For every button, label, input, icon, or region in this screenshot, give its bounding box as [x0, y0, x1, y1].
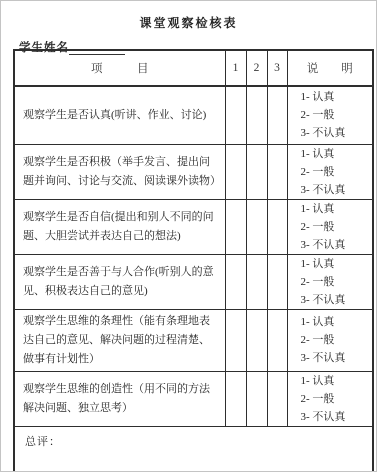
item-text: 观察学生思维的条理性（能有条理地表达自己的意见、解决问题的过程清楚、做事有计划性… [14, 309, 225, 371]
table-row: 观察学生是否认真(听讲、作业、讨论) 1- 认真 2- 一般 3- 不认真 [14, 86, 373, 144]
score-cell-2 [246, 86, 267, 144]
table-row: 观察学生是否自信(提出和别人不同的问题、大胆尝试并表达自己的想法) 1- 认真 … [14, 199, 373, 254]
table-row: 观察学生思维的条理性（能有条理地表达自己的意见、解决问题的过程清楚、做事有计划性… [14, 309, 373, 371]
table-footer-row: 总评： [14, 426, 373, 472]
score-cell-3 [267, 371, 287, 426]
score-cell-1 [225, 371, 246, 426]
note-line: 3- 不认真 [301, 408, 373, 426]
note-cell: 1- 认真 2- 一般 3- 不认真 [287, 371, 373, 426]
score-cell-3 [267, 309, 287, 371]
note-line: 1- 认真 [301, 200, 373, 218]
score-cell-2 [246, 309, 267, 371]
note-line: 3- 不认真 [301, 181, 373, 199]
note-cell: 1- 认真 2- 一般 3- 不认真 [287, 199, 373, 254]
item-text: 观察学生是否善于与人合作(听别人的意见、积极表达自己的意见) [14, 254, 225, 309]
note-line: 3- 不认真 [301, 349, 373, 367]
table-row: 观察学生思维的创造性（用不同的方法解决问题、独立思考） 1- 认真 2- 一般 … [14, 371, 373, 426]
document-page: 课堂观察检核表 学生姓名 项 目 1 2 3 说 明 观察学生是否认真(听讲、作… [0, 0, 377, 472]
note-cell: 1- 认真 2- 一般 3- 不认真 [287, 254, 373, 309]
note-line: 2- 一般 [301, 390, 373, 408]
note-cell: 1- 认真 2- 一般 3- 不认真 [287, 86, 373, 144]
score-cell-1 [225, 144, 246, 199]
header-score-2: 2 [246, 50, 267, 86]
note-line: 1- 认真 [301, 372, 373, 390]
score-cell-1 [225, 199, 246, 254]
item-text: 观察学生思维的创造性（用不同的方法解决问题、独立思考） [14, 371, 225, 426]
note-line: 2- 一般 [301, 218, 373, 236]
table-row: 观察学生是否善于与人合作(听别人的意见、积极表达自己的意见) 1- 认真 2- … [14, 254, 373, 309]
score-cell-2 [246, 144, 267, 199]
note-line: 2- 一般 [301, 331, 373, 349]
note-line: 2- 一般 [301, 106, 373, 124]
note-line: 2- 一般 [301, 273, 373, 291]
score-cell-3 [267, 199, 287, 254]
score-cell-3 [267, 144, 287, 199]
table-row: 观察学生是否积极（举手发言、提出问题并询问、讨论与交流、阅读课外读物） 1- 认… [14, 144, 373, 199]
note-cell: 1- 认真 2- 一般 3- 不认真 [287, 144, 373, 199]
item-text: 观察学生是否积极（举手发言、提出问题并询问、讨论与交流、阅读课外读物） [14, 144, 225, 199]
note-line: 3- 不认真 [301, 124, 373, 142]
score-cell-2 [246, 371, 267, 426]
header-score-1: 1 [225, 50, 246, 86]
score-cell-3 [267, 254, 287, 309]
note-line: 3- 不认真 [301, 291, 373, 309]
note-line: 3- 不认真 [301, 236, 373, 254]
note-cell: 1- 认真 2- 一般 3- 不认真 [287, 309, 373, 371]
header-item: 项 目 [14, 50, 225, 86]
note-line: 1- 认真 [301, 255, 373, 273]
checklist-table: 项 目 1 2 3 说 明 观察学生是否认真(听讲、作业、讨论) 1- 认真 2… [13, 49, 374, 472]
note-line: 1- 认真 [301, 88, 373, 106]
header-note: 说 明 [287, 50, 373, 86]
note-line: 2- 一般 [301, 163, 373, 181]
score-cell-1 [225, 309, 246, 371]
overall-comment-cell: 总评： [14, 426, 373, 472]
item-text: 观察学生是否自信(提出和别人不同的问题、大胆尝试并表达自己的想法) [14, 199, 225, 254]
score-cell-2 [246, 199, 267, 254]
score-cell-1 [225, 86, 246, 144]
score-cell-2 [246, 254, 267, 309]
item-text: 观察学生是否认真(听讲、作业、讨论) [14, 86, 225, 144]
note-line: 1- 认真 [301, 313, 373, 331]
note-line: 1- 认真 [301, 145, 373, 163]
document-title: 课堂观察检核表 [1, 14, 376, 31]
score-cell-3 [267, 86, 287, 144]
table-header-row: 项 目 1 2 3 说 明 [14, 50, 373, 86]
score-cell-1 [225, 254, 246, 309]
header-score-3: 3 [267, 50, 287, 86]
